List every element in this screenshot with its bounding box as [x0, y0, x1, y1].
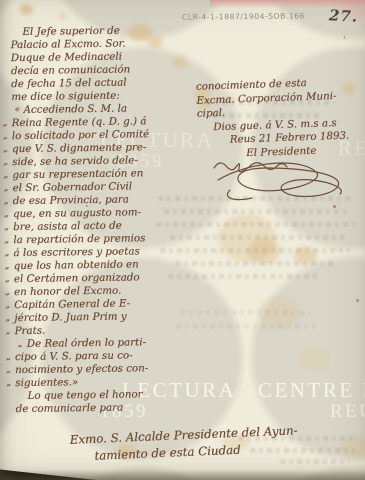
- margin-quote-mark: „: [3, 182, 12, 195]
- bleedthrough-line: [164, 209, 349, 214]
- margin-quote-mark: «: [14, 104, 23, 117]
- bleedthrough-line: [280, 459, 350, 464]
- margin-quote-mark: „: [6, 364, 15, 377]
- bleedthrough-line: [180, 310, 310, 315]
- stain: [58, 12, 67, 20]
- bleedthrough-line: [160, 248, 350, 253]
- margin-quote-mark: [7, 403, 16, 416]
- document-scan: LECTURA 1859 REUS LECTURA CENTRE DE 1859…: [0, 0, 365, 480]
- margin-quote-mark: „: [6, 351, 15, 364]
- margin-quote-mark: „: [3, 117, 12, 130]
- margin-quote-mark: „: [5, 273, 14, 286]
- stain: [298, 348, 330, 370]
- margin-quote-mark: „: [4, 247, 13, 260]
- margin-quote-mark: „: [3, 143, 12, 156]
- margin-quote-mark: „: [5, 286, 14, 299]
- margin-quote-mark: [2, 52, 11, 65]
- closing-block: conocimiento de estaExcma. Corporación M…: [196, 75, 359, 162]
- bleedthrough-line: [168, 274, 318, 279]
- margin-quote-mark: [18, 390, 27, 403]
- margin-quote-mark: „: [3, 130, 12, 143]
- bleedthrough-line: [170, 235, 345, 240]
- margin-quote-mark: „: [4, 221, 13, 234]
- letter-body: El Jefe superior de Palacio al Excmo. So…: [1, 24, 178, 416]
- letter-line: de comunicarle para: [7, 401, 179, 416]
- letter-line: „ lo solicitado por el Comité: [3, 128, 175, 143]
- margin-quote-mark: [2, 91, 11, 104]
- margin-quote-mark: „: [5, 260, 14, 273]
- margin-quote-mark: „: [3, 169, 12, 182]
- watermark-text-reus: REUS: [330, 401, 365, 423]
- stain: [20, 4, 33, 15]
- president-signature-flourish: [200, 150, 350, 206]
- bleedthrough-line: [175, 261, 335, 266]
- margin-quote-mark: „: [4, 195, 13, 208]
- margin-quote-mark: [13, 26, 22, 39]
- margin-quote-mark: [2, 65, 11, 78]
- margin-quote-mark: [2, 78, 11, 91]
- letter-line-text: Prats.: [14, 325, 45, 338]
- ink-speck: [356, 299, 359, 302]
- letter-line-text: siguientes.»: [15, 376, 78, 390]
- margin-quote-mark: „: [6, 377, 15, 390]
- margin-quote-mark: „: [4, 208, 13, 221]
- bleedthrough-line: [156, 222, 356, 227]
- margin-quote-mark: „: [3, 156, 12, 169]
- page-bottom-shadow: [0, 470, 365, 480]
- stain: [172, 56, 187, 69]
- margin-quote-mark: „: [5, 325, 14, 338]
- margin-quote-mark: [1, 39, 10, 52]
- watermark-text-centre: CENTRE DE: [258, 378, 365, 403]
- letter-line-text: jército D. Juan Prim y: [14, 311, 126, 326]
- pen-tick-mark: ': [343, 36, 345, 46]
- margin-quote-mark: „: [5, 299, 14, 312]
- bleedthrough-line: [176, 324, 316, 329]
- page-number: 27.: [329, 6, 359, 25]
- letter-line-text: nocimiento y efectos con-: [15, 362, 148, 377]
- letter-line-text: Lo que tengo el honor: [27, 388, 142, 403]
- margin-quote-mark: „: [18, 338, 27, 351]
- archival-reference-note: CLR-4-1-1887/1904-SOB.166: [182, 11, 305, 21]
- margin-quote-mark: „: [5, 312, 14, 325]
- letter-line-text: de comunicarle para: [16, 402, 124, 417]
- margin-quote-mark: „: [4, 234, 13, 247]
